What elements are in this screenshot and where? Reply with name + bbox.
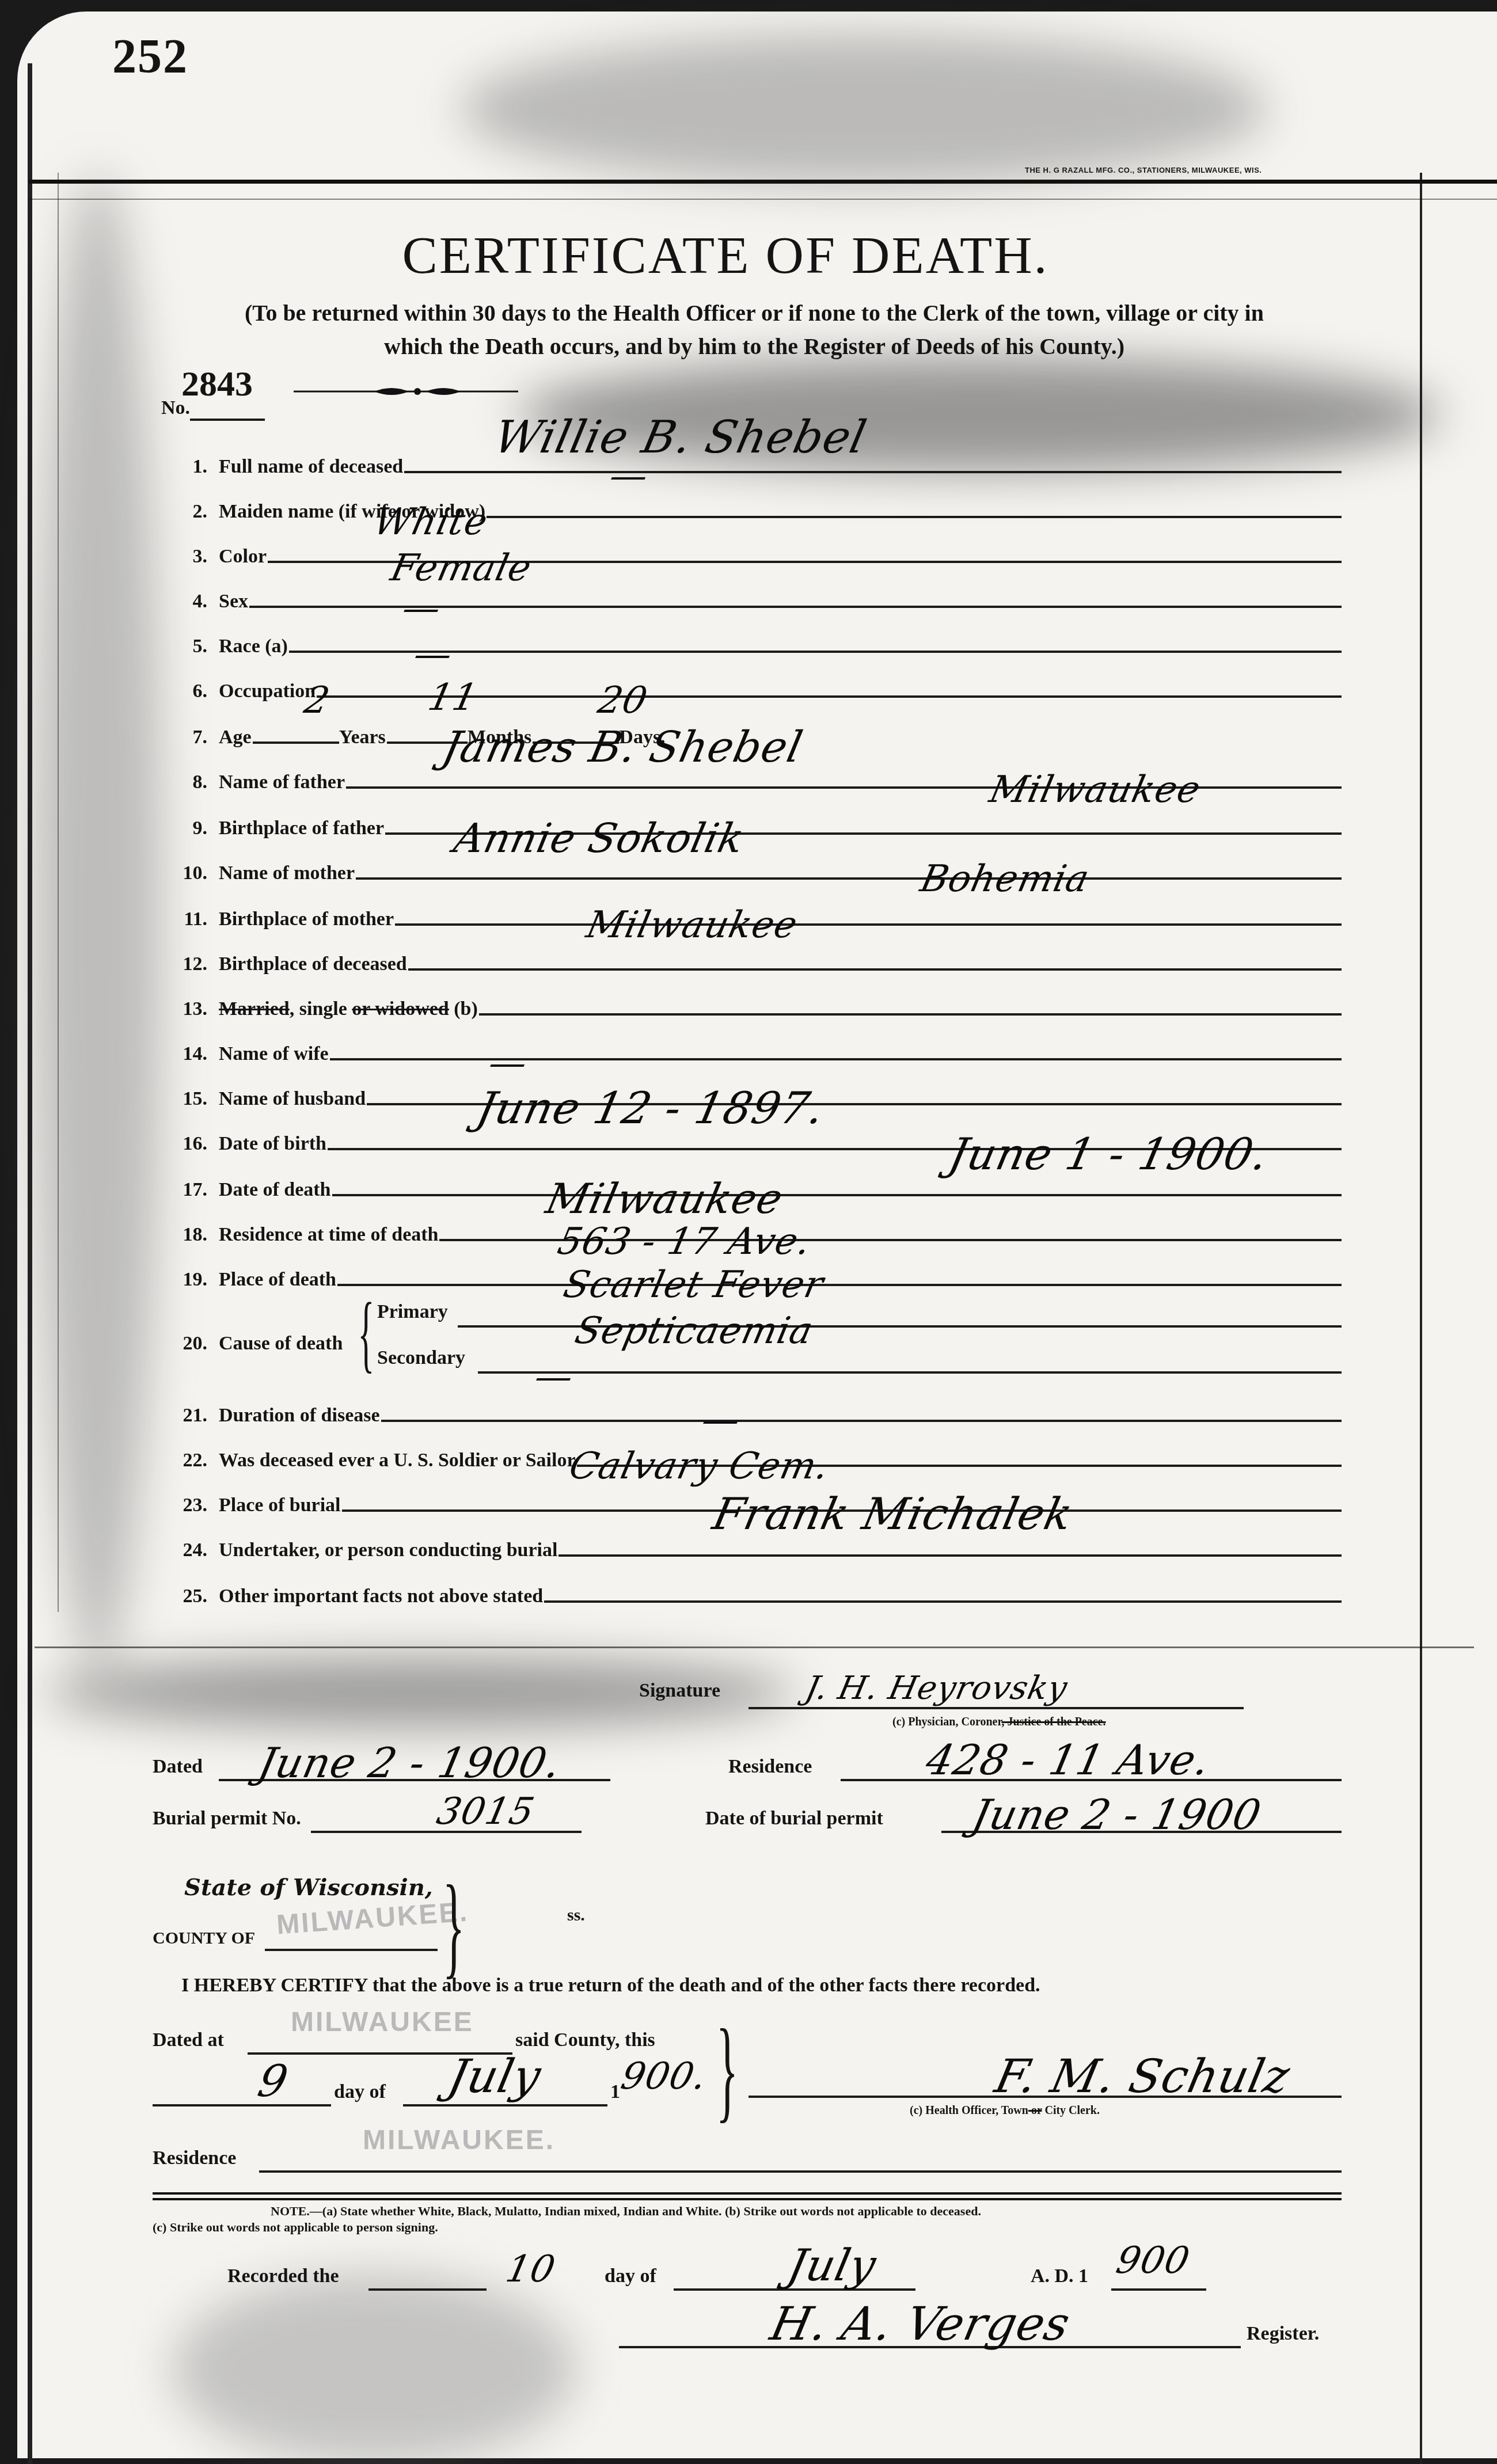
certificate-number: 2843	[181, 364, 253, 405]
undertaker-value[interactable]: Frank Michalek	[709, 1488, 1078, 1539]
dated-at-stamp: MILWAUKEE	[291, 2006, 474, 2038]
page-edge-left	[28, 63, 32, 2464]
signature-line	[748, 1707, 1244, 1709]
said-county-label: said County, this	[515, 2029, 655, 2051]
father-birthplace-value[interactable]: Milwaukee	[986, 769, 1205, 811]
certification-residence-line	[259, 2170, 1342, 2173]
recorded-day-value[interactable]: 10	[502, 2248, 559, 2291]
burial-permit-date-value[interactable]: June 2 - 1900	[968, 1790, 1266, 1839]
field-sex: 4. Sex	[167, 578, 1342, 613]
residence-stamp: MILWAUKEE.	[363, 2124, 555, 2156]
county-line	[265, 1949, 438, 1951]
recorded-year-line	[1111, 2288, 1206, 2291]
header-rule-thin	[29, 199, 1497, 200]
field-mother-name: 10. Name of mother	[167, 850, 1342, 884]
dated-label: Dated	[153, 1756, 203, 1778]
mother-birthplace-value[interactable]: Bohemia	[917, 858, 1093, 900]
color-value[interactable]: White	[370, 501, 492, 543]
certificate-number-line	[190, 419, 265, 421]
recorded-year-value[interactable]: 900	[1112, 2239, 1194, 2282]
burial-permit-date-label: Date of burial permit	[705, 1808, 883, 1830]
margin-line-left	[58, 173, 59, 1612]
recorded-label: Recorded the	[227, 2265, 339, 2287]
field-other-facts: 25. Other important facts not above stat…	[167, 1573, 1342, 1607]
certification-year-value[interactable]: 900.	[617, 2055, 710, 2098]
physician-title: (c) Physician, Coroner, Justice of the P…	[892, 1716, 1105, 1729]
recorded-ad-label: A. D. 1	[1031, 2265, 1088, 2287]
dated-value[interactable]: June 2 - 1900.	[254, 1739, 565, 1787]
certification-statement: I HEREBY CERTIFY that the above is a tru…	[181, 1975, 1040, 1997]
recorded-month-value[interactable]: July	[784, 2239, 882, 2291]
health-officer-title: (c) Health Officer, Town or City Clerk.	[910, 2104, 1100, 2117]
margin-line-right	[1420, 173, 1422, 2464]
health-officer-signature[interactable]: F. M. Schulz	[990, 2049, 1295, 2103]
subtitle-line-2: which the Death occurs, and by him to th…	[155, 330, 1353, 363]
signature-label: Signature	[639, 1680, 720, 1702]
residence-value[interactable]: Milwaukee	[542, 1174, 787, 1223]
burial-permit-label: Burial permit No.	[153, 1808, 301, 1830]
father-name-value[interactable]: James B. Shebel	[438, 723, 807, 772]
note-line-2: (c) Strike out words not applicable to p…	[153, 2220, 438, 2235]
field-occupation: 6. Occupation	[167, 668, 1342, 702]
subtitle-line-1: (To be returned within 30 days to the He…	[155, 296, 1353, 330]
recorded-day-of-label: day of	[605, 2265, 656, 2287]
field-wife-name: 14. Name of wife	[167, 1031, 1342, 1065]
note-line-1: NOTE.—(a) State whether White, Black, Mu…	[271, 2204, 981, 2219]
field-maiden-name: 2. Maiden name (if wife or widow)	[167, 488, 1342, 523]
note-rule-top	[153, 2192, 1342, 2195]
sex-value[interactable]: Female	[387, 547, 535, 590]
physician-residence-value[interactable]: 428 - 11 Ave.	[922, 1736, 1214, 1784]
field-marital-status: 13. Married , single or widowed (b)	[167, 986, 1342, 1020]
brace-icon: }	[443, 1860, 465, 1991]
burial-permit-value[interactable]: 3015	[433, 1790, 538, 1833]
cause-secondary-value[interactable]: Septicaemia	[571, 1310, 817, 1352]
brace-icon: {	[358, 1284, 375, 1383]
brace-icon: }	[716, 2003, 738, 2135]
age-days-value[interactable]: 20	[594, 679, 651, 722]
place-of-death-value[interactable]: 563 - 17 Ave.	[554, 1220, 815, 1263]
recorded-day-line	[368, 2288, 487, 2291]
date-of-birth-value[interactable]: June 12 - 1897.	[473, 1082, 830, 1134]
printer-credit: THE H. G RAZALL MFG. CO., STATIONERS, MI…	[1025, 166, 1262, 174]
date-of-death-value[interactable]: June 1 - 1900.	[945, 1128, 1273, 1180]
note-rule-bottom	[153, 2198, 1342, 2200]
physician-signature[interactable]: J. H. Heyrovsky	[802, 1670, 1071, 1707]
register-label: Register.	[1247, 2323, 1319, 2345]
certification-day-of-label: day of	[334, 2081, 386, 2103]
ornament-divider-icon	[294, 386, 518, 397]
full-name-value[interactable]: Willie B. Shebel	[489, 412, 871, 463]
header-rule	[29, 180, 1497, 184]
cause-primary-value[interactable]: Scarlet Fever	[560, 1264, 827, 1306]
dated-at-label: Dated at	[153, 2029, 224, 2051]
certification-residence-label: Residence	[153, 2147, 236, 2169]
field-color: 3. Color	[167, 533, 1342, 568]
place-of-burial-value[interactable]: Calvary Cem.	[565, 1445, 833, 1488]
document-title: CERTIFICATE OF DEATH.	[0, 225, 1451, 286]
state-heading: State of Wisconsin,	[184, 1874, 433, 1901]
ss-label: ss.	[567, 1906, 585, 1925]
field-duration-of-disease: 21. Duration of disease	[167, 1392, 1342, 1427]
mother-name-value[interactable]: Annie Sokolik	[450, 815, 748, 862]
document-subtitle: (To be returned within 30 days to the He…	[155, 296, 1353, 363]
register-signature[interactable]: H. A. Verges	[766, 2297, 1075, 2351]
deceased-birthplace-value[interactable]: Milwaukee	[583, 904, 801, 946]
paper-fold	[35, 1647, 1474, 1648]
age-months-value[interactable]: 11	[424, 676, 481, 719]
physician-residence-label: Residence	[728, 1756, 812, 1778]
page-number: 252	[112, 29, 188, 85]
certification-month-line	[403, 2104, 607, 2106]
certification-day-line	[153, 2104, 331, 2106]
field-race: 5. Race (a)	[167, 623, 1342, 657]
certification-month-value[interactable]: July	[443, 2049, 546, 2103]
county-label: COUNTY OF	[153, 1929, 255, 1948]
